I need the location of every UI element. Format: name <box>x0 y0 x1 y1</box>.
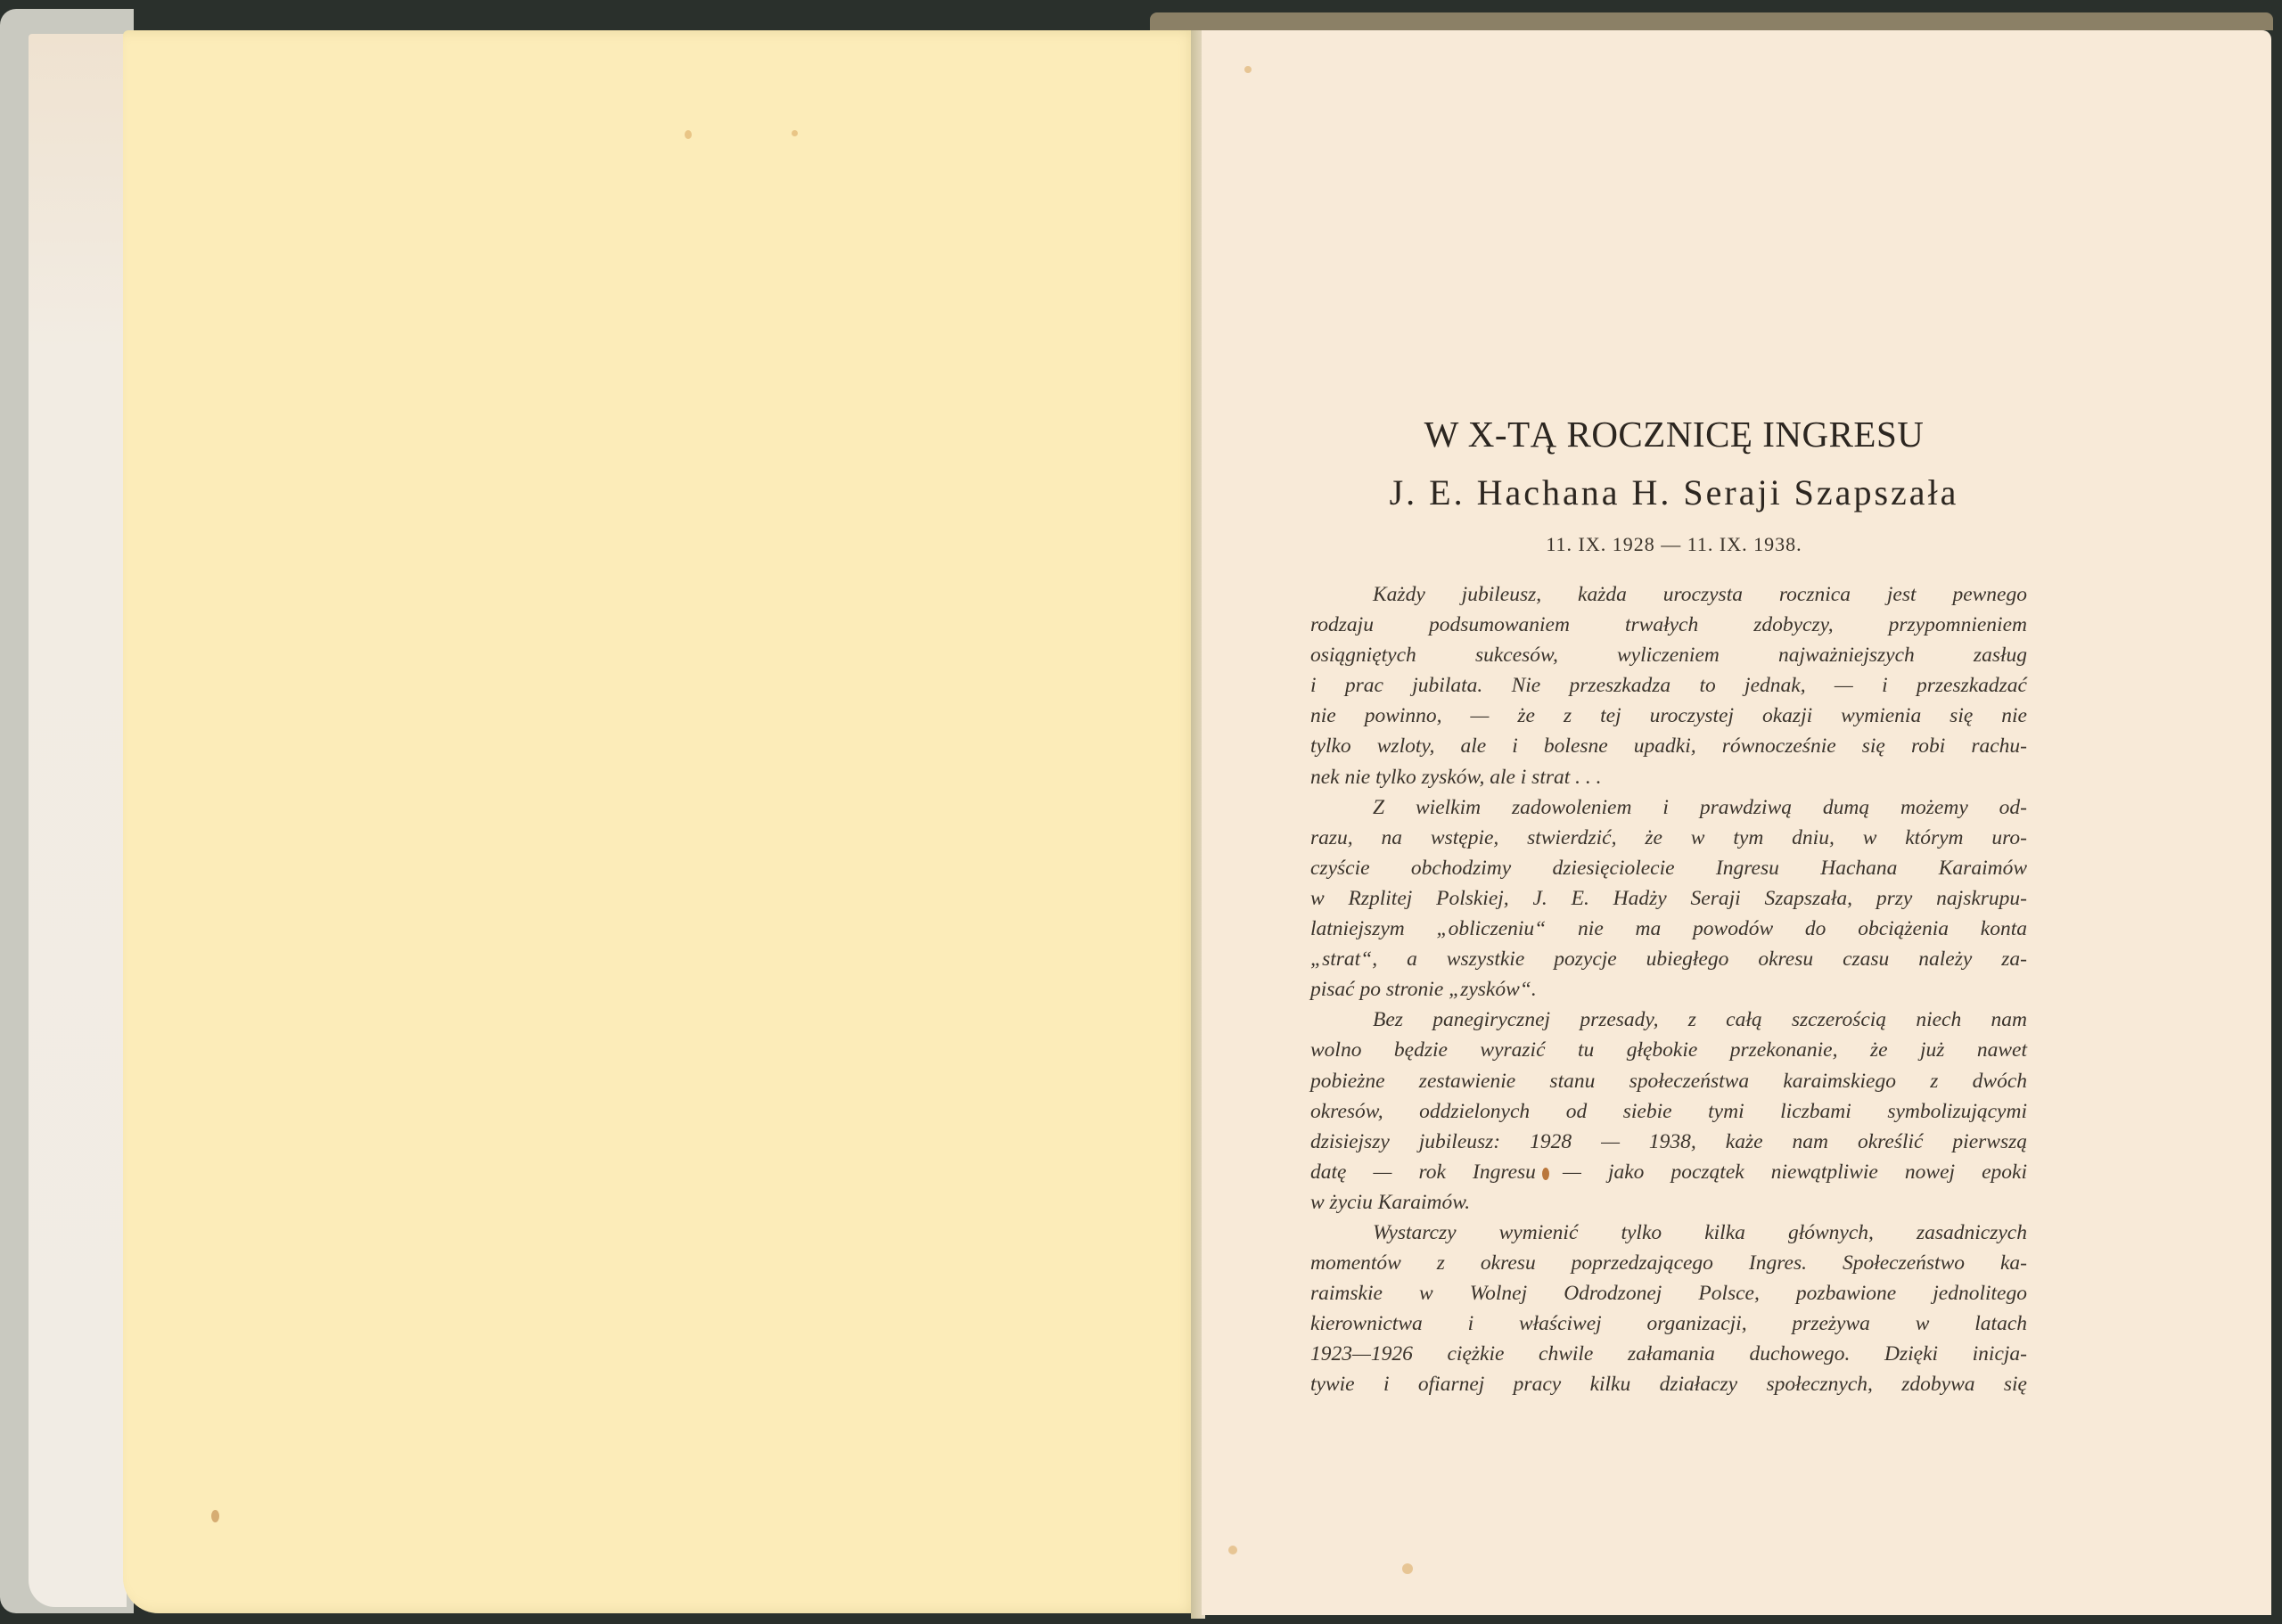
endpaper-strip <box>29 34 127 1607</box>
date-range: 11. IX. 1928 — 11. IX. 1938. <box>1202 533 2147 556</box>
foxing-spot <box>211 1510 219 1522</box>
foxing-spot <box>1228 1546 1237 1554</box>
text-line: Bez panegirycznej przesady, z całą szcze… <box>1310 1005 2027 1035</box>
text-line: latniejszym „obliczeniu“ nie ma powodów … <box>1310 914 2027 944</box>
text-line: w życiu Karaimów. <box>1310 1187 2027 1218</box>
text-line: pobieżne zestawienie stanu społeczeństwa… <box>1310 1066 2027 1096</box>
book-spine-top <box>1150 12 2273 30</box>
text-line: 1923—1926 ciężkie chwile załamania ducho… <box>1310 1339 2027 1369</box>
text-line: okresów, oddzielonych od siebie tymi lic… <box>1310 1096 2027 1127</box>
body-text: Każdy jubileusz, każda uroczysta rocznic… <box>1310 579 2027 1400</box>
page-subtitle: J. E. Hachana H. Seraji Szapszała <box>1202 471 2147 515</box>
text-line: momentów z okresu poprzedzającego Ingres… <box>1310 1248 2027 1278</box>
text-line: „strat“, a wszystkie pozycje ubiegłego o… <box>1310 944 2027 974</box>
text-line: nie powinno, — że z tej uroczystej okazj… <box>1310 701 2027 731</box>
page-title: W X-TĄ ROCZNICĘ INGRESU <box>1202 412 2147 456</box>
text-line: osiągniętych sukcesów, wyliczeniem najwa… <box>1310 640 2027 670</box>
text-line: pisać po stronie „zysków“. <box>1310 974 2027 1005</box>
text-line: i prac jubilata. Nie przeszkadza to jedn… <box>1310 670 2027 701</box>
text-line: wolno będzie wyrazić tu głębokie przekon… <box>1310 1035 2027 1065</box>
text-line: kierownictwa i właściwej organizacji, pr… <box>1310 1308 2027 1339</box>
foxing-spot <box>792 130 798 136</box>
text-line: tylko wzloty, ale i bolesne upadki, równ… <box>1310 731 2027 761</box>
text-line: w Rzplitej Polskiej, J. E. Hadży Seraji … <box>1310 883 2027 914</box>
text-line: dzisiejszy jubileusz: 1928 — 1938, każe … <box>1310 1127 2027 1157</box>
text-line: raimskie w Wolnej Odrodzonej Polsce, poz… <box>1310 1278 2027 1308</box>
text-line: czyście obchodzimy dziesięciolecie Ingre… <box>1310 853 2027 883</box>
text-line: Wystarczy wymienić tylko kilka głównych,… <box>1310 1218 2027 1248</box>
text-line: rodzaju podsumowaniem trwałych zdobyczy,… <box>1310 610 2027 640</box>
text-line: nek nie tylko zysków, ale i strat . . . <box>1310 762 2027 792</box>
foxing-spot <box>1402 1563 1413 1574</box>
text-line: Z wielkim zadowoleniem i prawdziwą dumą … <box>1310 792 2027 823</box>
left-page-blank <box>123 30 1198 1613</box>
text-line: datę — rok Ingresu — jako początek niewą… <box>1310 1157 2027 1187</box>
foxing-spot <box>685 130 692 139</box>
text-line: razu, na wstępie, stwierdzić, że w tym d… <box>1310 823 2027 853</box>
text-line: Każdy jubileusz, każda uroczysta rocznic… <box>1310 579 2027 610</box>
text-line: tywie i ofiarnej pracy kilku działaczy s… <box>1310 1369 2027 1399</box>
foxing-spot <box>1244 66 1252 73</box>
